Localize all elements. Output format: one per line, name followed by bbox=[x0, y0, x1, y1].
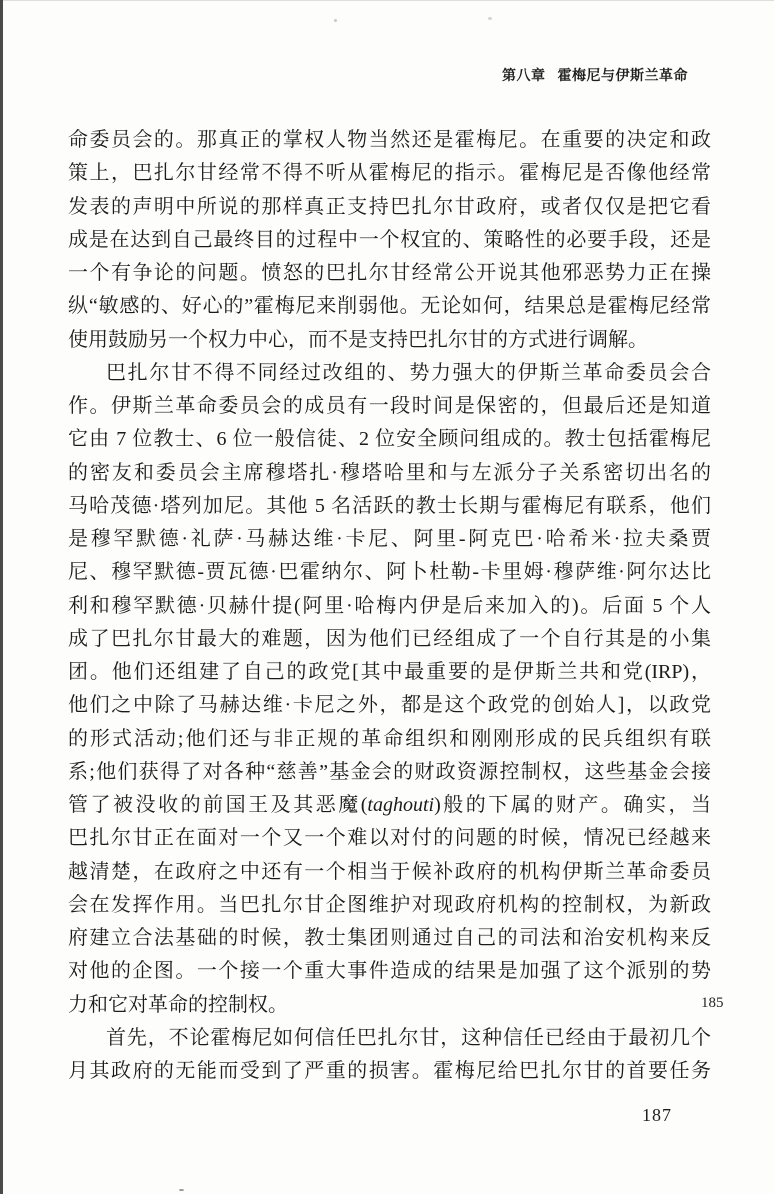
text-segment: 管了被没收的前国王及其恶魔( bbox=[68, 794, 367, 816]
text-line: 巴扎尔甘正在面对一个又一个难以对付的问题的时候，情况已经越来 bbox=[68, 822, 711, 855]
text-line: 管了被没收的前国王及其恶魔(taghouti)般的下属的财产。确实，当 bbox=[68, 789, 711, 822]
scan-speck bbox=[179, 1189, 184, 1191]
footer-page-number: 187 bbox=[642, 1105, 672, 1126]
text-line: 尼、穆罕默德-贾瓦德·巴霍纳尔、阿卜杜勒-卡里姆·穆萨维·阿尔达比 bbox=[68, 556, 711, 589]
text-line: 府建立合法基础的时候，教士集团则通过自己的司法和治安机构来反 bbox=[68, 922, 711, 955]
margin-page-number: 185 bbox=[701, 995, 724, 1012]
text-line: 作。伊斯兰革命委员会的成员有一段时间是保密的，但最后还是知道 bbox=[68, 390, 711, 423]
text-line: 月其政府的无能而受到了严重的损害。霍梅尼给巴扎尔甘的首要任务 bbox=[68, 1055, 711, 1088]
scan-edge-top bbox=[0, 0, 774, 1]
book-page: 第八章霍梅尼与伊斯兰革命 命委员会的。那真正的掌权人物当然还是霍梅尼。在重要的决… bbox=[0, 0, 774, 1194]
text-line: 它由 7 位教士、6 位一般信徒、2 位安全顾问组成的。教士包括霍梅尼 bbox=[68, 423, 711, 456]
text-line: 巴扎尔甘不得不同经过改组的、势力强大的伊斯兰革命委员会合 bbox=[68, 357, 711, 390]
running-header: 第八章霍梅尼与伊斯兰革命 bbox=[502, 65, 688, 85]
text-segment: )般的下属的财产。确实，当 bbox=[434, 794, 711, 816]
text-line: 一个有争论的问题。愤怒的巴扎尔甘经常公开说其他邪恶势力正在操 bbox=[68, 257, 711, 290]
text-line: 首先，不论霍梅尼如何信任巴扎尔甘，这种信任已经由于最初几个 bbox=[68, 1022, 711, 1055]
text-line: 的形式活动;他们还与非正规的革命组织和刚刚形成的民兵组织有联 bbox=[68, 723, 711, 756]
text-line: 发表的声明中所说的那样真正支持巴扎尔甘政府，或者仅仅是把它看 bbox=[68, 191, 711, 224]
text-line: 命委员会的。那真正的掌权人物当然还是霍梅尼。在重要的决定和政 bbox=[68, 124, 711, 157]
text-line: 利和穆罕默德·贝赫什提(阿里·哈梅内伊是后来加入的)。后面 5 个人 bbox=[68, 590, 711, 623]
text-line: 策上，巴扎尔甘经常不得不听从霍梅尼的指示。霍梅尼是否像他经常 bbox=[68, 157, 711, 190]
scan-speck bbox=[488, 17, 492, 20]
body-text: 命委员会的。那真正的掌权人物当然还是霍梅尼。在重要的决定和政策上，巴扎尔甘经常不… bbox=[68, 124, 711, 1088]
text-line: 成了巴扎尔甘最大的难题，因为他们已经组成了一个自行其是的小集 bbox=[68, 623, 711, 656]
chapter-title: 霍梅尼与伊斯兰革命 bbox=[558, 69, 689, 84]
text-line: 使用鼓励另一个权力中心，而不是支持巴扎尔甘的方式进行调解。 bbox=[68, 324, 711, 357]
italic-term: taghouti bbox=[367, 794, 434, 816]
text-line: 是穆罕默德·礼萨·马赫达维·卡尼、阿里-阿克巴·哈希米·拉夫桑贾 bbox=[68, 523, 711, 556]
text-line: 的密友和委员会主席穆塔扎·穆塔哈里和与左派分子关系密切出名的 bbox=[68, 457, 711, 490]
text-line: 团。他们还组建了自己的政党[其中最重要的是伊斯兰共和党(IRP)， bbox=[68, 656, 711, 689]
chapter-number: 第八章 bbox=[502, 69, 546, 84]
text-line: 马哈茂德·塔列加尼。其他 5 名活跃的教士长期与霍梅尼有联系，他们 bbox=[68, 490, 711, 523]
text-line: 成是在达到自己最终目的过程中一个权宜的、策略性的必要手段，还是 bbox=[68, 224, 711, 257]
text-line: 系;他们获得了对各种“慈善”基金会的财政资源控制权，这些基金会接 bbox=[68, 756, 711, 789]
text-line: 对他的企图。一个接一个重大事件造成的结果是加强了这个派别的势 bbox=[68, 955, 711, 988]
text-line: 纵“敏感的、好心的”霍梅尼来削弱他。无论如何，结果总是霍梅尼经常 bbox=[68, 290, 711, 323]
text-line: 他们之中除了马赫达维·卡尼之外，都是这个政党的创始人]，以政党 bbox=[68, 689, 711, 722]
text-line: 会在发挥作用。当巴扎尔甘企图维护对现政府机构的控制权，为新政 bbox=[68, 889, 711, 922]
scan-speck bbox=[334, 19, 337, 22]
text-line: 越清楚，在政府之中还有一个相当于候补政府的机构伊斯兰革命委员 bbox=[68, 856, 711, 889]
text-line: 力和它对革命的控制权。 bbox=[68, 989, 711, 1022]
scan-edge-left bbox=[0, 0, 3, 1194]
